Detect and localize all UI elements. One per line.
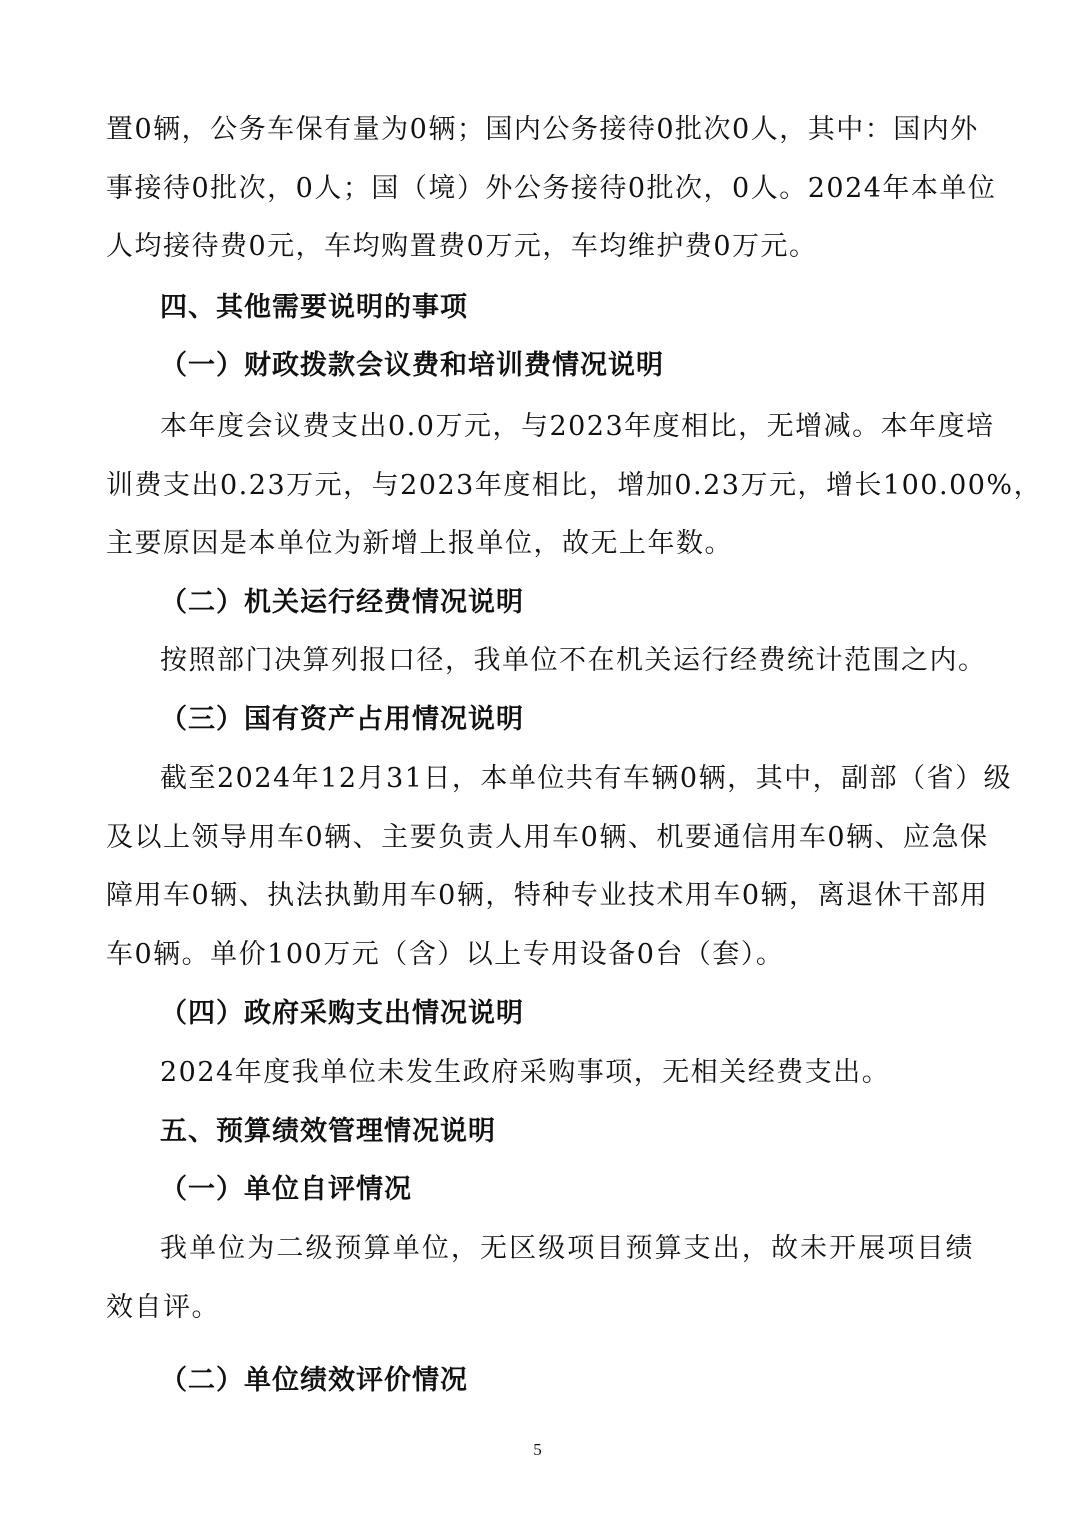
paragraph-line: 我单位为二级预算单位，无区级项目预算支出，故未开展项目绩: [160, 1231, 974, 1267]
section-heading: 五、预算绩效管理情况说明: [160, 1114, 974, 1150]
subsection-heading: （一）单位自评情况: [160, 1172, 974, 1208]
paragraph-line: 2024年度我单位未发生政府采购事项，无相关经费支出。: [160, 1055, 974, 1091]
paragraph-line: 截至2024年12月31日，本单位共有车辆0辆，其中，副部（省）级: [160, 761, 974, 797]
paragraph-line: 人均接待费0元，车均购置费0万元，车均维护费0万元。: [106, 229, 974, 265]
section-heading: 四、其他需要说明的事项: [160, 290, 974, 326]
subsection-heading: （三）国有资产占用情况说明: [160, 702, 974, 738]
paragraph-line: 主要原因是本单位为新增上报单位，故无上年数。: [106, 526, 974, 562]
paragraph-line: 事接待0批次，0人；国（境）外公务接待0批次，0人。2024年本单位: [106, 171, 974, 207]
paragraph-line: 车0辆。单价100万元（含）以上专用设备0台（套）。: [106, 937, 974, 973]
paragraph-line: 效自评。: [106, 1290, 974, 1326]
subsection-heading: （二）单位绩效评价情况: [160, 1363, 974, 1399]
page-number: 5: [0, 1440, 1075, 1460]
paragraph-line: 及以上领导用车0辆、主要负责人用车0辆、机要通信用车0辆、应急保: [106, 820, 974, 856]
paragraph-line: 训费支出0.23万元，与2023年度相比，增加0.23万元，增长100.00%，: [106, 468, 974, 504]
subsection-heading: （四）政府采购支出情况说明: [160, 996, 974, 1032]
paragraph-line: 障用车0辆、执法执勤用车0辆，特种专业技术用车0辆，离退休干部用: [106, 878, 974, 914]
paragraph-line: 置0辆，公务车保有量为0辆；国内公务接待0批次0人，其中：国内外: [106, 112, 974, 148]
paragraph-line: 本年度会议费支出0.0万元，与2023年度相比，无增减。本年度培: [160, 409, 974, 445]
paragraph-line: 按照部门决算列报口径，我单位不在机关运行经费统计范围之内。: [160, 643, 974, 679]
subsection-heading: （一）财政拨款会议费和培训费情况说明: [160, 348, 974, 384]
subsection-heading: （二）机关运行经费情况说明: [160, 585, 974, 621]
